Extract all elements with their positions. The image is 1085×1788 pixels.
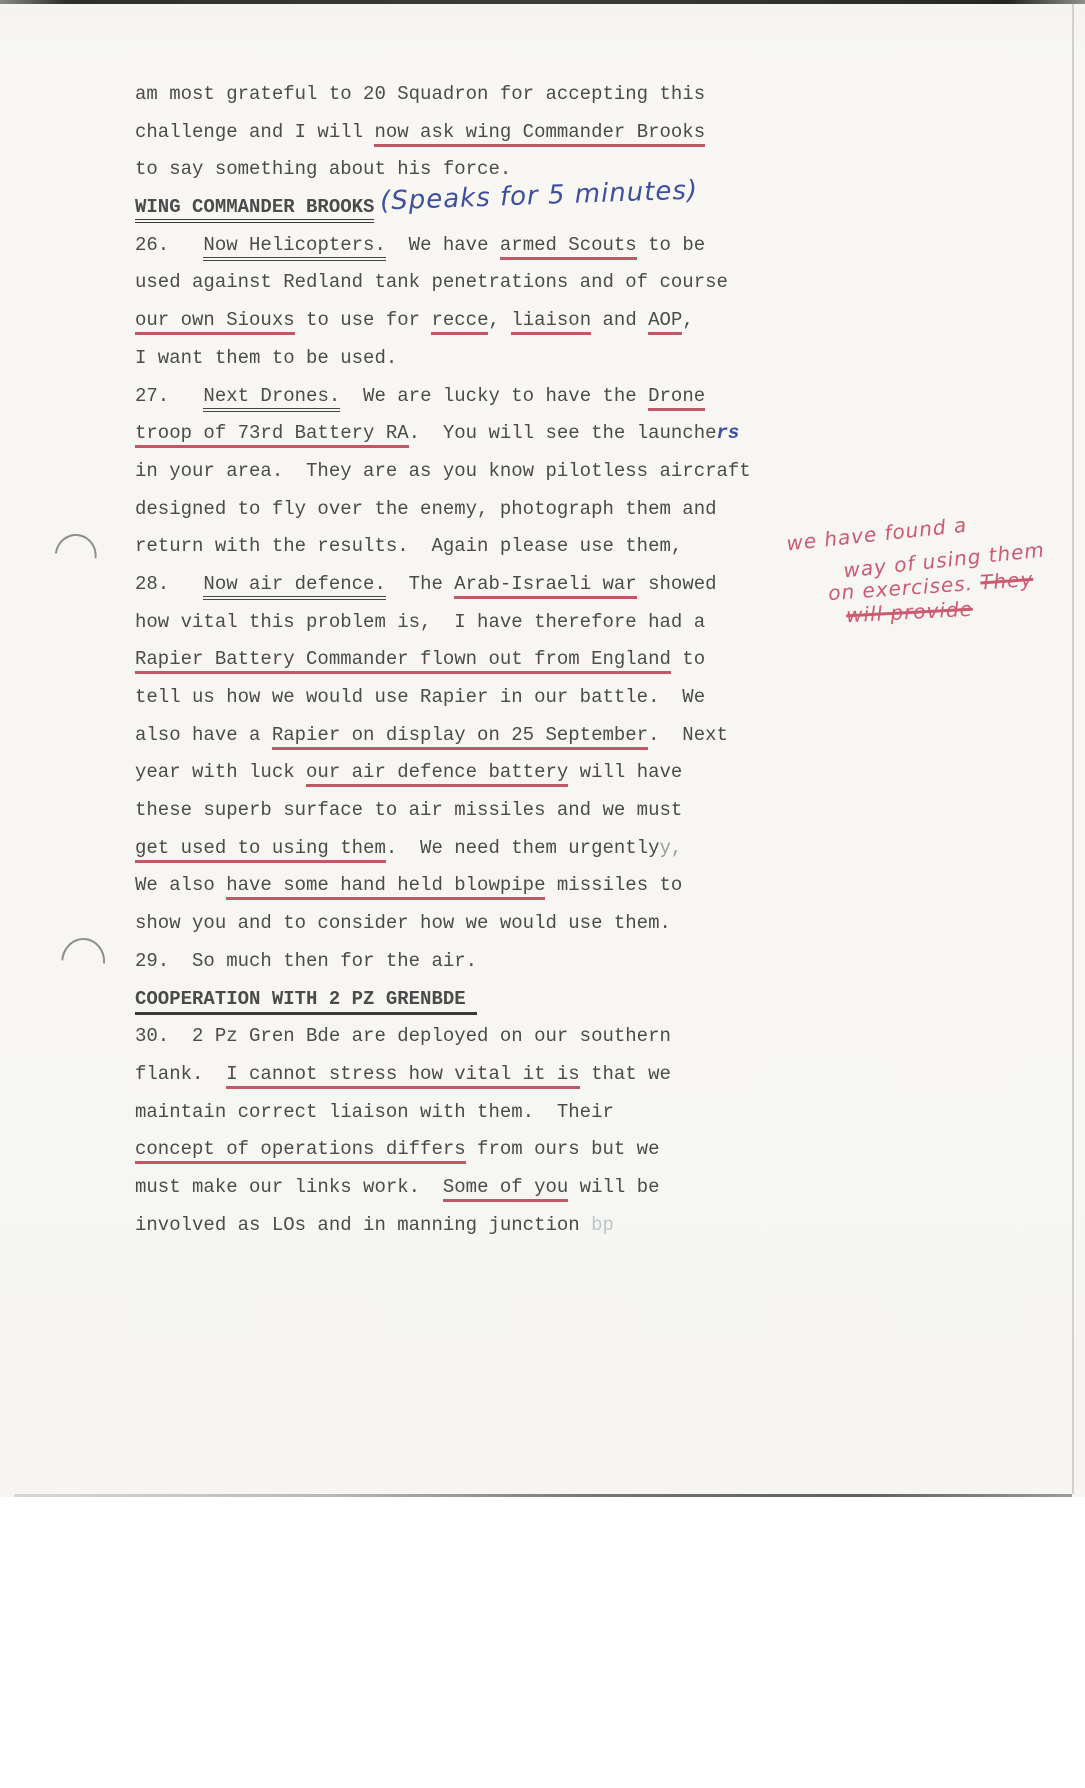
typed-segment-ru: liaison <box>511 309 591 335</box>
typed-segment-ru: armed Scouts <box>500 234 637 260</box>
typed-segment: missiles to <box>545 874 682 896</box>
typed-segment-tu: Now Helicopters. <box>203 234 385 261</box>
typed-segment: challenge and I will <box>135 121 374 143</box>
typed-segment-ru: AOP <box>648 309 682 335</box>
typed-segment: designed to fly over the enemy, photogra… <box>135 498 717 520</box>
typed-segment: to say something about his force. <box>135 158 511 180</box>
typed-line: COOPERATION WITH 2 PZ GRENBDE <box>135 981 751 1019</box>
typed-line: tell us how we would use Rapier in our b… <box>135 679 751 717</box>
typed-segment: also have a <box>135 724 272 746</box>
typed-segment: We have <box>386 234 500 256</box>
typed-segment: must make our links work. <box>135 1176 443 1198</box>
typed-line: return with the results. Again please us… <box>135 528 751 566</box>
typed-line: 27. Next Drones. We are lucky to have th… <box>135 378 751 416</box>
typed-segment: these superb surface to air missiles and… <box>135 799 682 821</box>
typed-line: am most grateful to 20 Squadron for acce… <box>135 76 751 114</box>
typed-segment-ru: have some hand held blowpipe <box>226 874 545 900</box>
typed-segment-faint: bp <box>591 1214 614 1236</box>
typed-segment-hu: COOPERATION WITH 2 PZ GRENBDE <box>135 988 477 1015</box>
typed-segment: to <box>671 648 705 670</box>
typed-line: concept of operations differs from ours … <box>135 1131 751 1169</box>
typed-segment: will be <box>568 1176 659 1198</box>
margin-note-struck-text: will provide <box>845 597 973 628</box>
typed-line: 26. Now Helicopters. We have armed Scout… <box>135 227 751 265</box>
typed-line: Rapier Battery Commander flown out from … <box>135 641 751 679</box>
typed-line: 30. 2 Pz Gren Bde are deployed on our so… <box>135 1018 751 1056</box>
typed-segment: The <box>386 573 454 595</box>
typed-line: show you and to consider how we would us… <box>135 905 751 943</box>
typed-segment-ru: Drone <box>648 385 705 411</box>
scan-top-edge <box>0 0 1085 4</box>
typed-segment: in your area. They are as you know pilot… <box>135 460 751 482</box>
typed-segment: am most grateful to 20 Squadron for acce… <box>135 83 705 105</box>
typed-segment: and <box>591 309 648 331</box>
scan-bottom-edge <box>14 1494 1072 1497</box>
typed-segment-ru: our air defence battery <box>306 761 568 787</box>
typed-segment: used against Redland tank penetrations a… <box>135 271 728 293</box>
typed-segment: flank. <box>135 1063 226 1085</box>
typed-segment-tub: WING COMMANDER BROOKS <box>135 196 374 223</box>
typed-text-block: am most grateful to 20 Squadron for acce… <box>135 76 751 1244</box>
typed-line: also have a Rapier on display on 25 Sept… <box>135 717 751 755</box>
scanned-document-page: am most grateful to 20 Squadron for acce… <box>0 0 1085 1788</box>
typed-segment: 26. <box>135 234 203 256</box>
typed-line: 28. Now air defence. The Arab-Israeli wa… <box>135 566 751 604</box>
hole-punch-mark <box>55 532 99 559</box>
typed-segment: 27. <box>135 385 203 407</box>
typed-segment: maintain correct liaison with them. Thei… <box>135 1101 614 1123</box>
typed-segment: , <box>682 309 693 331</box>
typed-line: year with luck our air defence battery w… <box>135 754 751 792</box>
hole-punch-mark <box>61 936 107 963</box>
typed-segment: 29. So much then for the air. <box>135 950 477 972</box>
typed-segment: , <box>488 309 511 331</box>
typed-segment-ru: troop of 73rd Battery RA <box>135 422 409 448</box>
typed-segment: how vital this problem is, I have theref… <box>135 611 705 633</box>
typed-line: get used to using them. We need them urg… <box>135 830 751 868</box>
typed-line: how vital this problem is, I have theref… <box>135 604 751 642</box>
typed-line: I want them to be used. <box>135 340 751 378</box>
typed-segment-ru: now ask wing Commander Brooks <box>374 121 705 147</box>
typed-segment: tell us how we would use Rapier in our b… <box>135 686 705 708</box>
typed-segment-ru: Arab-Israeli war <box>454 573 636 599</box>
typed-line: must make our links work. Some of you wi… <box>135 1169 751 1207</box>
typed-line: used against Redland tank penetrations a… <box>135 264 751 302</box>
typed-segment-ru: recce <box>431 309 488 335</box>
typed-line: maintain correct liaison with them. Thei… <box>135 1094 751 1132</box>
typed-segment: We also <box>135 874 226 896</box>
typed-segment-ru: Some of you <box>443 1176 568 1202</box>
typed-segment: . Next <box>648 724 728 746</box>
typed-segment: 30. 2 Pz Gren Bde are deployed on our so… <box>135 1025 671 1047</box>
typed-line: We also have some hand held blowpipe mis… <box>135 867 751 905</box>
typed-segment: involved as LOs and in manning junction <box>135 1214 591 1236</box>
paper-sheet: am most grateful to 20 Squadron for acce… <box>0 0 1085 1497</box>
typed-segment-dim: y, <box>660 837 683 859</box>
typed-segment: from ours but we <box>466 1138 660 1160</box>
typed-line: challenge and I will now ask wing Comman… <box>135 114 751 152</box>
typed-line: troop of 73rd Battery RA. You will see t… <box>135 415 751 453</box>
typed-line: flank. I cannot stress how vital it is t… <box>135 1056 751 1094</box>
typed-segment-blue: rs <box>717 422 740 444</box>
typed-segment-ru: get used to using them <box>135 837 386 863</box>
typed-segment: to be <box>637 234 705 256</box>
typed-line: our own Siouxs to use for recce, liaison… <box>135 302 751 340</box>
typed-segment: showed <box>637 573 717 595</box>
margin-note-struck-text: They <box>979 567 1034 595</box>
typed-line: 29. So much then for the air. <box>135 943 751 981</box>
typed-segment-ru: Rapier Battery Commander flown out from … <box>135 648 671 674</box>
paper-right-edge <box>1072 4 1074 1494</box>
typed-segment: . You will see the launche <box>409 422 717 444</box>
typed-line: these superb surface to air missiles and… <box>135 792 751 830</box>
typed-segment-ru: Rapier on display on 25 September <box>272 724 648 750</box>
typed-segment: I want them to be used. <box>135 347 397 369</box>
typed-segment: . We need them urgently <box>386 837 660 859</box>
typed-segment: year with luck <box>135 761 306 783</box>
typed-segment: that we <box>580 1063 671 1085</box>
typed-segment: will have <box>568 761 682 783</box>
margin-note-line: will provide <box>845 597 973 628</box>
typed-segment-ru: I cannot stress how vital it is <box>226 1063 579 1089</box>
typed-segment-tu: Now air defence. <box>203 573 385 600</box>
typed-line: involved as LOs and in manning junction … <box>135 1207 751 1245</box>
typed-segment: show you and to consider how we would us… <box>135 912 671 934</box>
typed-segment-ru: concept of operations differs <box>135 1138 466 1164</box>
typed-segment-ru: our own Siouxs <box>135 309 295 335</box>
typed-segment: 28. <box>135 573 203 595</box>
typed-line: designed to fly over the enemy, photogra… <box>135 491 751 529</box>
typed-segment: We are lucky to have the <box>340 385 648 407</box>
typed-line: in your area. They are as you know pilot… <box>135 453 751 491</box>
typed-segment: return with the results. Again please us… <box>135 535 682 557</box>
typed-segment: to use for <box>295 309 432 331</box>
typed-segment-tu: Next Drones. <box>203 385 340 412</box>
